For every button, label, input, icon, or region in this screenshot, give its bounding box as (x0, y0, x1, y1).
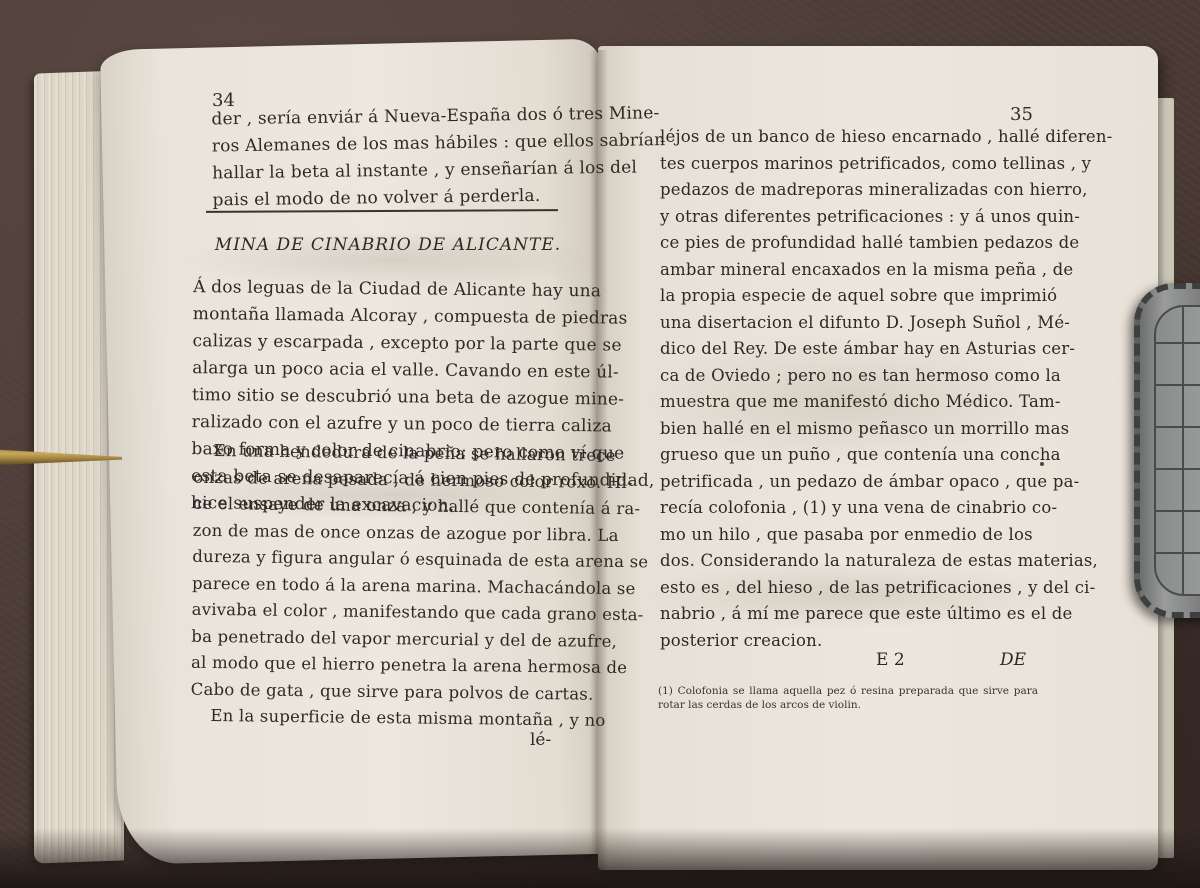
clasp-grid (1154, 305, 1200, 596)
text-line: y otras diferentes petrificaciones : y á… (660, 204, 1022, 231)
text-line: alarga un poco acia el valle. Cavando en… (192, 355, 558, 386)
text-line: avivaba el color , manifestando que cada… (192, 597, 558, 628)
catchword-right: DE (1000, 650, 1026, 670)
left-page-continuation: der , sería enviár á Nueva-España dos ó … (211, 102, 564, 215)
text-line: dico del Rey. De este ámbar hay en Astur… (660, 336, 1022, 363)
text-line: calizas y escarpada , excepto por la par… (192, 328, 558, 359)
text-line: En una hendedura de la peña se hallaron … (193, 438, 559, 469)
table-shadow (0, 828, 1200, 888)
text-line: grueso que un puño , que contenía una co… (660, 442, 1022, 469)
text-line: petrificada , un pedazo de ámbar opaco ,… (660, 469, 1022, 496)
footnote-line: (1) Colofonia se llama aquella pez ó res… (658, 684, 1038, 698)
text-line: ce el ensaye de una onza , y hallé que c… (193, 491, 559, 522)
left-page-paragraph-2-body: En una hendedura de la peña se hallaron … (190, 438, 560, 734)
text-line: timo sitio se descubrió una beta de azog… (192, 382, 558, 413)
footnote: (1) Colofonia se llama aquella pez ó res… (658, 684, 1038, 712)
text-line: ca de Oviedo ; pero no es tan hermoso co… (660, 363, 1022, 390)
signature-mark: E 2 (876, 650, 905, 670)
section-title-wrap: MINA DE CINABRIO DE ALICANTE. (212, 232, 564, 259)
text-line: una disertacion el difunto D. Joseph Suñ… (660, 310, 1022, 337)
text-line: al modo que el hierro penetra la arena h… (191, 650, 557, 681)
text-line: dos. Considerando la naturaleza de estas… (660, 548, 1022, 575)
text-line: ralizado con el azufre y un poco de tier… (192, 409, 558, 440)
right-page-paragraph: léjos de un banco de hieso encarnado , h… (660, 124, 1022, 654)
text-line: ce pies de profundidad hallé tambien ped… (660, 230, 1022, 257)
ink-spot (1040, 462, 1044, 466)
footnote-line: rotar las cerdas de los arcos de violin. (658, 698, 1038, 712)
text-line: nabrio , á mí me parece que este último … (660, 601, 1022, 628)
text-line: ambar mineral encaxados en la misma peña… (660, 257, 1022, 284)
text-line: pedazos de madreporas mineralizadas con … (660, 177, 1022, 204)
text-line: léjos de un banco de hieso encarnado , h… (660, 124, 1022, 151)
text-line: mo un hilo , que pasaba por enmedio de l… (660, 522, 1022, 549)
text-line: recía colofonia , (1) y una vena de cina… (660, 495, 1022, 522)
text-line: esto es , del hieso , de las petrificaci… (660, 575, 1022, 602)
text-line: muestra que me manifestó dicho Médico. T… (660, 389, 1022, 416)
text-line: En la superficie de esta misma montaña ,… (190, 703, 556, 734)
text-line: bien hallé en el mismo peñasco un morril… (660, 416, 1022, 443)
text-line: Á dos leguas de la Ciudad de Alicante ha… (193, 274, 559, 305)
text-line: montaña llamada Alcoray , compuesta de p… (193, 301, 559, 332)
text-line: tes cuerpos marinos petrificados, como t… (660, 151, 1022, 178)
text-line: dureza y figura angular ó esquinada de e… (192, 544, 558, 575)
text-line: posterior creacion. (660, 628, 1022, 655)
catchword-left: lé- (530, 730, 551, 750)
section-title: MINA DE CINABRIO DE ALICANTE. (212, 232, 564, 259)
pewter-clasp-icon (1134, 283, 1200, 618)
page-number-right: 35 (1010, 104, 1033, 125)
text-line: la propia especie de aquel sobre que imp… (660, 283, 1022, 310)
